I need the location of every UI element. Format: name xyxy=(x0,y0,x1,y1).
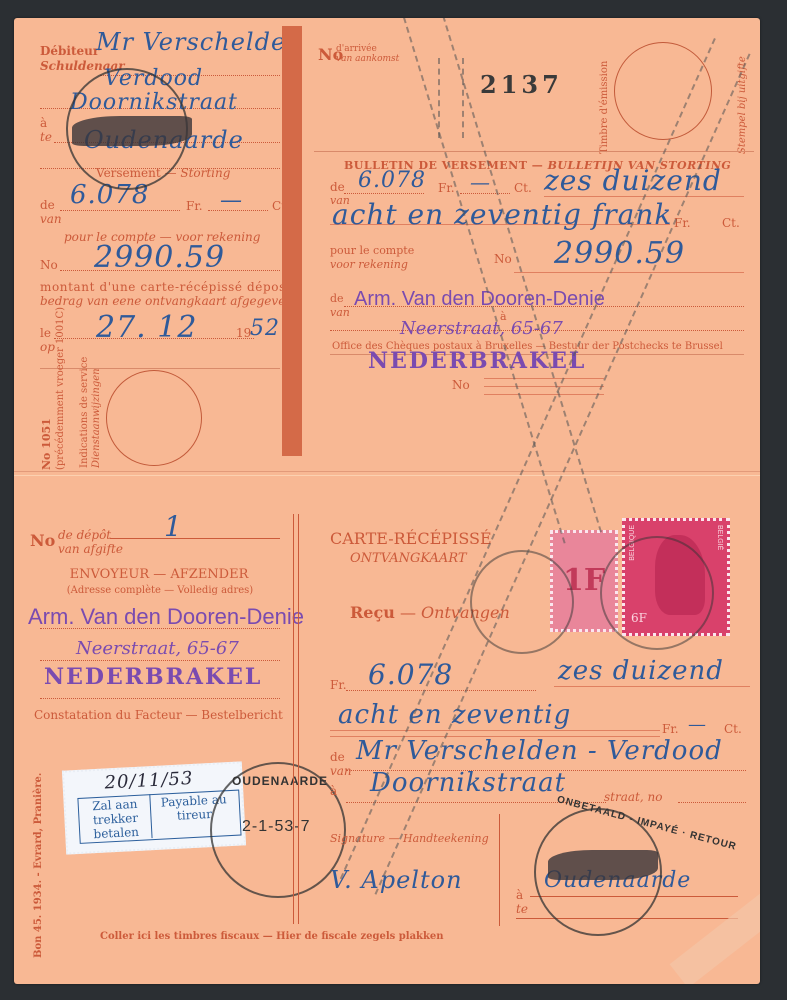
de-label: de xyxy=(40,198,55,212)
br-de-label: de xyxy=(330,750,345,764)
stamp-country-nl: BELGIË xyxy=(716,525,723,550)
separator-bar xyxy=(282,26,302,456)
van-label: van xyxy=(40,212,62,226)
label-date: 20/11/53 xyxy=(104,768,194,794)
montant-fr: montant d'une carte-récépissé déposée xyxy=(40,280,301,294)
debtor-name: Mr Verschelden xyxy=(96,28,303,56)
constatation-label: Constatation du Facteur — Bestelbericht xyxy=(34,708,283,722)
br-a-label: à xyxy=(330,784,337,798)
fr-label: Fr. xyxy=(186,199,203,213)
printer-imprint: Bon 45. 1934. - Evrard, Pranière. xyxy=(32,773,46,958)
br-fr-label: Fr. xyxy=(330,678,347,692)
amount-ct: — xyxy=(220,188,243,213)
serial-number: 2137 xyxy=(480,70,563,99)
nederbrakel-postmark xyxy=(600,536,714,650)
corner-crease xyxy=(670,878,760,984)
op-label: op xyxy=(40,340,55,354)
year-suffix: 52 xyxy=(250,316,280,341)
br-a-label-2: à xyxy=(516,888,523,902)
tr-de-label: de xyxy=(330,180,345,194)
account-no: 2990.59 xyxy=(94,240,225,275)
debiteur-label: Débiteur xyxy=(40,44,99,58)
straat-label: straat, no xyxy=(604,790,662,804)
montant-nl: bedrag van eene ontvangkaart afgegeven xyxy=(40,294,293,308)
tr-ct-label-2: Ct. xyxy=(722,216,740,230)
br-van-label: van xyxy=(330,764,352,778)
sender-city-stamp: NEDERBRAKEL xyxy=(44,664,262,690)
envoyeur-label: ENVOYEUR — AFZENDER xyxy=(54,568,264,582)
carte-fr: CARTE-RÉCÉPISSÉ xyxy=(330,532,492,546)
a-label: à xyxy=(40,116,47,130)
timbre-fr: Timbre d'émission xyxy=(598,61,612,154)
depot-no: 1 xyxy=(164,510,183,543)
br-amount-ct: — xyxy=(688,714,707,735)
postmark-date: 2-1-53-7 xyxy=(242,818,310,836)
postmark-town: OUDENAARDE xyxy=(232,774,328,788)
label-nl: Zal aan trekker betalen xyxy=(79,796,151,842)
payee-city-stamp: NEDERBRAKEL xyxy=(368,348,586,374)
postal-card: Débiteur Schuldenaar Mr Verschelden Verd… xyxy=(14,18,760,984)
service-nl: Dienstaanwijzingen xyxy=(90,368,104,468)
arrivee-nl: van aankomst xyxy=(336,52,399,66)
br-amount-words-1: zes duizend xyxy=(558,656,724,686)
form-no: No 1051 xyxy=(40,418,54,470)
postmark-cancel-blot xyxy=(72,116,192,146)
sender-street-stamp: Neerstraat, 65-67 xyxy=(76,638,239,659)
br-te-label: te xyxy=(516,902,528,916)
year-prefix: 19 xyxy=(236,326,251,340)
br-ct-label: Ct. xyxy=(724,722,742,736)
tr-van-label-2: van xyxy=(330,306,350,320)
compte-nl: voor rekening xyxy=(330,258,408,272)
compte-fr: pour le compte xyxy=(330,244,414,258)
payee-name-stamp: Arm. Van den Dooren-Denie xyxy=(354,288,605,311)
depot-nl: van afgifte xyxy=(58,542,123,556)
fiscaux-label: Coller ici les timbres fiscaux — Hier de… xyxy=(100,930,444,944)
tr-amount-fr: 6.078 xyxy=(358,168,426,193)
te-label: te xyxy=(40,130,52,144)
service-stamp-circle xyxy=(106,370,202,466)
fold-line xyxy=(14,471,760,476)
form-prev: (précédemment vroeger 1001C) xyxy=(54,307,68,470)
br-fr-label-2: Fr. xyxy=(662,722,679,736)
no-depot-label: No xyxy=(30,534,55,548)
adresse-label: (Adresse complète — Volledig adres) xyxy=(50,584,270,598)
tr-fr-label: Fr. xyxy=(438,181,455,195)
tr-de-label-2: de xyxy=(330,292,344,306)
retour-cancel-blot xyxy=(548,850,658,880)
tr-ct-label: Ct. xyxy=(514,181,532,195)
no-label: No xyxy=(40,258,58,272)
sender-name-stamp: Arm. Van den Dooren-Denie xyxy=(28,604,304,630)
tr-no-label-3: No xyxy=(452,378,470,392)
depot-fr: de dépôt xyxy=(58,528,111,542)
date-handwritten: 27. 12 xyxy=(96,310,197,345)
carte-nl: ONTVANGKAART xyxy=(350,552,467,566)
le-label: le xyxy=(40,326,51,340)
storting-label: Storting xyxy=(180,166,230,180)
recu-fr: Reçu xyxy=(350,603,395,622)
bottom-divider xyxy=(293,514,299,924)
